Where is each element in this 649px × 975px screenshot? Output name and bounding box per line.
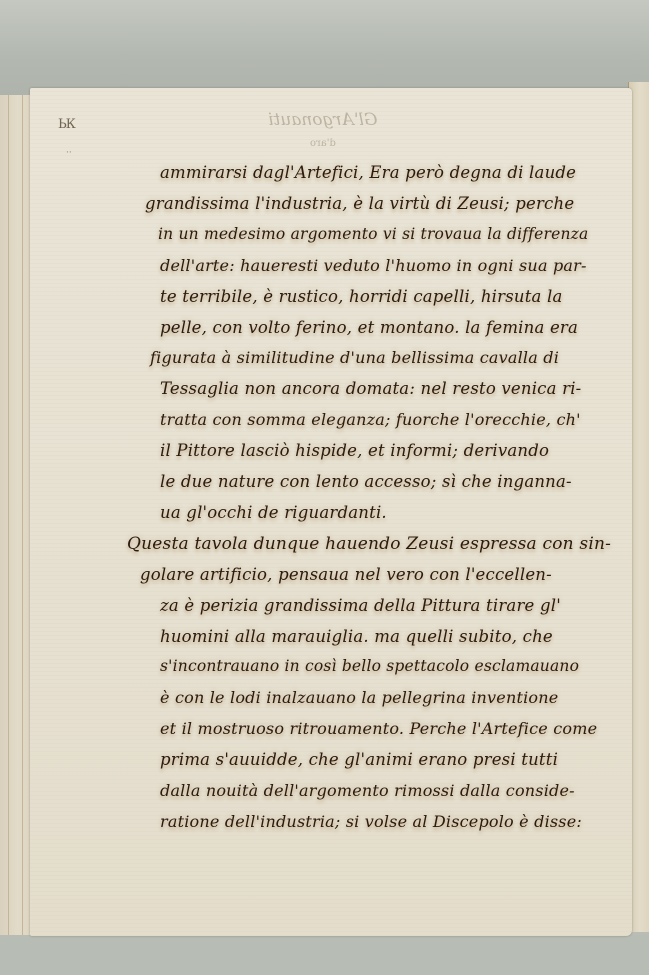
text-line: s'incontrauano in così bello spettacolo … [160,657,579,675]
text-line: pelle, con volto ferino, et montano. la … [160,318,578,337]
text-line: dell'arte: haueresti veduto l'huomo in o… [160,256,587,275]
text-line: il Pittore lasciò hispide, et informi; d… [160,441,549,460]
text-line: dalla nouità dell'argomento rimossi dall… [160,781,575,800]
text-line: et il mostruoso ritrouamento. Perche l'A… [160,719,597,738]
text-line: ammirarsi dagl'Artefici, Era però degna … [160,163,576,182]
text-line: Questa tavola dunque hauendo Zeusi espre… [127,534,611,554]
text-line: te terribile, è rustico, horridi capelli… [160,287,563,306]
text-line: golare artificio, pensaua nel vero con l… [140,565,552,584]
text-line: in un medesimo argomento vi si trovaua l… [158,225,588,243]
manuscript-text: ammirarsi dagl'Artefici, Era però degna … [0,0,649,975]
text-line: ratione dell'industria; si volse al Disc… [160,812,582,831]
text-line: prima s'auuidde, che gl'animi erano pres… [160,750,558,769]
text-line: huomini alla marauiglia. ma quelli subit… [160,627,553,646]
text-line: za è perizia grandissima della Pittura t… [160,596,561,615]
text-line: le due nature con lento accesso; sì che … [160,472,572,491]
text-line: ua gl'occhi de riguardanti. [160,503,387,522]
text-line: figurata à similitudine d'una bellissima… [150,348,559,367]
text-line: grandissima l'industria, è la virtù di Z… [145,194,574,213]
text-line: Tessaglia non ancora domata: nel resto v… [160,379,581,398]
text-line: è con le lodi inalzauano la pellegrina i… [160,688,558,707]
text-line: tratta con somma eleganza; fuorche l'ore… [160,410,581,429]
